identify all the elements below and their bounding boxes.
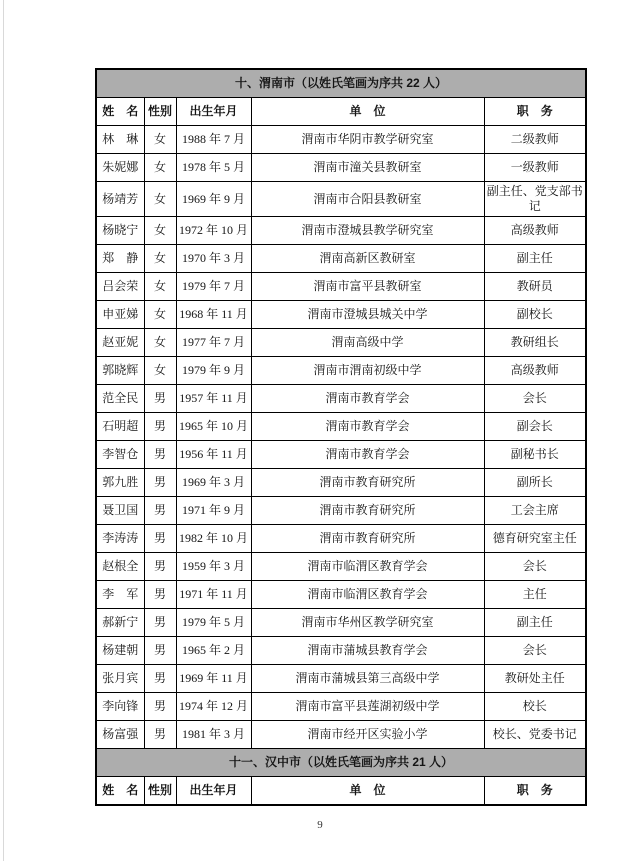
cell-gender: 男 (144, 581, 176, 609)
column-header-birth: 出生年月 (176, 98, 251, 126)
cell-unit: 渭南高新区教研室 (251, 245, 484, 273)
cell-birth: 1971 年 11 月 (176, 581, 251, 609)
table-row: 赵亚妮女1977 年 7 月渭南高级中学教研组长 (96, 329, 586, 357)
cell-duty: 会长 (484, 553, 586, 581)
cell-duty: 教研员 (484, 273, 586, 301)
cell-gender: 女 (144, 245, 176, 273)
cell-duty: 主任 (484, 581, 586, 609)
cell-birth: 1979 年 7 月 (176, 273, 251, 301)
cell-birth: 1977 年 7 月 (176, 329, 251, 357)
document-page: 十、渭南市（以姓氏笔画为序共 22 人）姓 名性别出生年月单 位职 务林 琳女1… (0, 0, 618, 861)
cell-gender: 男 (144, 693, 176, 721)
table-row: 郝新宁男1979 年 5 月渭南市华州区教学研究室副主任 (96, 609, 586, 637)
table-row: 杨晓宁女1972 年 10 月渭南市澄城县教学研究室高级教师 (96, 217, 586, 245)
cell-name: 申亚娣 (96, 301, 144, 329)
cell-gender: 女 (144, 182, 176, 217)
table-row: 申亚娣女1968 年 11 月渭南市澄城县城关中学副校长 (96, 301, 586, 329)
column-header-unit: 单 位 (251, 98, 484, 126)
table-row: 赵根全男1959 年 3 月渭南市临渭区教育学会会长 (96, 553, 586, 581)
cell-gender: 男 (144, 385, 176, 413)
cell-birth: 1959 年 3 月 (176, 553, 251, 581)
cell-gender: 女 (144, 329, 176, 357)
table-row: 杨靖芳女1969 年 9 月渭南市合阳县教研室副主任、党支部书记 (96, 182, 586, 217)
cell-duty: 高级教师 (484, 217, 586, 245)
cell-name: 郭九胜 (96, 469, 144, 497)
cell-gender: 男 (144, 441, 176, 469)
cell-gender: 男 (144, 497, 176, 525)
cell-birth: 1965 年 2 月 (176, 637, 251, 665)
cell-gender: 女 (144, 357, 176, 385)
cell-unit: 渭南市澄城县教学研究室 (251, 217, 484, 245)
column-header-name: 姓 名 (96, 777, 144, 806)
cell-unit: 渭南市临渭区教育学会 (251, 553, 484, 581)
table-row: 郭九胜男1969 年 3 月渭南市教育研究所副所长 (96, 469, 586, 497)
cell-birth: 1971 年 9 月 (176, 497, 251, 525)
cell-birth: 1972 年 10 月 (176, 217, 251, 245)
cell-name: 朱妮娜 (96, 154, 144, 182)
column-header-name: 姓 名 (96, 98, 144, 126)
cell-duty: 校长 (484, 693, 586, 721)
cell-duty: 副主任、党支部书记 (484, 182, 586, 217)
cell-duty: 副秘书长 (484, 441, 586, 469)
cell-gender: 男 (144, 553, 176, 581)
roster-table: 十、渭南市（以姓氏笔画为序共 22 人）姓 名性别出生年月单 位职 务林 琳女1… (95, 68, 587, 806)
page-number: 9 (0, 819, 618, 831)
cell-name: 郝新宁 (96, 609, 144, 637)
cell-duty: 副会长 (484, 413, 586, 441)
cell-unit: 渭南市教育研究所 (251, 469, 484, 497)
cell-birth: 1988 年 7 月 (176, 126, 251, 154)
cell-duty: 校长、党委书记 (484, 721, 586, 749)
cell-unit: 渭南市教育学会 (251, 385, 484, 413)
cell-unit: 渭南市蒲城县第三高级中学 (251, 665, 484, 693)
cell-birth: 1974 年 12 月 (176, 693, 251, 721)
cell-duty: 副主任 (484, 609, 586, 637)
table-row: 郭晓辉女1979 年 9 月渭南市渭南初级中学高级教师 (96, 357, 586, 385)
cell-unit: 渭南市合阳县教研室 (251, 182, 484, 217)
cell-gender: 女 (144, 126, 176, 154)
cell-duty: 教研处主任 (484, 665, 586, 693)
cell-gender: 男 (144, 469, 176, 497)
cell-duty: 一级教师 (484, 154, 586, 182)
cell-unit: 渭南市富平县莲湖初级中学 (251, 693, 484, 721)
table-row: 吕会荣女1979 年 7 月渭南市富平县教研室教研员 (96, 273, 586, 301)
cell-gender: 男 (144, 609, 176, 637)
cell-name: 郑 静 (96, 245, 144, 273)
cell-duty: 副校长 (484, 301, 586, 329)
cell-unit: 渭南市蒲城县教育学会 (251, 637, 484, 665)
cell-name: 林 琳 (96, 126, 144, 154)
table-row: 林 琳女1988 年 7 月渭南市华阴市教学研究室二级教师 (96, 126, 586, 154)
cell-duty: 工会主席 (484, 497, 586, 525)
cell-name: 赵根全 (96, 553, 144, 581)
cell-duty: 副所长 (484, 469, 586, 497)
cell-gender: 女 (144, 273, 176, 301)
section-row: 十、渭南市（以姓氏笔画为序共 22 人） (96, 69, 586, 98)
cell-unit: 渭南市富平县教研室 (251, 273, 484, 301)
table-row: 李向锋男1974 年 12 月渭南市富平县莲湖初级中学校长 (96, 693, 586, 721)
cell-name: 范全民 (96, 385, 144, 413)
page-edge-line (3, 0, 4, 861)
cell-name: 郭晓辉 (96, 357, 144, 385)
table-row: 石明超男1965 年 10 月渭南市教育学会副会长 (96, 413, 586, 441)
cell-gender: 男 (144, 665, 176, 693)
cell-birth: 1978 年 5 月 (176, 154, 251, 182)
cell-name: 吕会荣 (96, 273, 144, 301)
cell-unit: 渭南市教育学会 (251, 413, 484, 441)
cell-gender: 男 (144, 721, 176, 749)
section-title: 十、渭南市（以姓氏笔画为序共 22 人） (96, 69, 586, 98)
table-row: 杨建朝男1965 年 2 月渭南市蒲城县教育学会会长 (96, 637, 586, 665)
cell-name: 聂卫国 (96, 497, 144, 525)
cell-birth: 1970 年 3 月 (176, 245, 251, 273)
cell-duty: 二级教师 (484, 126, 586, 154)
section-row: 十一、汉中市（以姓氏笔画为序共 21 人） (96, 749, 586, 777)
cell-name: 李向锋 (96, 693, 144, 721)
cell-birth: 1957 年 11 月 (176, 385, 251, 413)
cell-name: 张月宾 (96, 665, 144, 693)
cell-duty: 会长 (484, 385, 586, 413)
cell-birth: 1979 年 9 月 (176, 357, 251, 385)
cell-gender: 男 (144, 637, 176, 665)
cell-name: 石明超 (96, 413, 144, 441)
cell-name: 李智仓 (96, 441, 144, 469)
cell-unit: 渭南市华州区教学研究室 (251, 609, 484, 637)
cell-name: 李涛涛 (96, 525, 144, 553)
cell-duty: 德育研究室主任 (484, 525, 586, 553)
column-header-row: 姓 名性别出生年月单 位职 务 (96, 777, 586, 806)
table-row: 范全民男1957 年 11 月渭南市教育学会会长 (96, 385, 586, 413)
section-title: 十一、汉中市（以姓氏笔画为序共 21 人） (96, 749, 586, 777)
table-row: 聂卫国男1971 年 9 月渭南市教育研究所工会主席 (96, 497, 586, 525)
column-header-duty: 职 务 (484, 777, 586, 806)
table-row: 杨富强男1981 年 3 月渭南市经开区实验小学校长、党委书记 (96, 721, 586, 749)
cell-unit: 渭南市教育学会 (251, 441, 484, 469)
cell-unit: 渭南市渭南初级中学 (251, 357, 484, 385)
column-header-gender: 性别 (144, 777, 176, 806)
cell-name: 杨晓宁 (96, 217, 144, 245)
column-header-unit: 单 位 (251, 777, 484, 806)
cell-unit: 渭南市华阴市教学研究室 (251, 126, 484, 154)
cell-birth: 1956 年 11 月 (176, 441, 251, 469)
roster-table-body: 十、渭南市（以姓氏笔画为序共 22 人）姓 名性别出生年月单 位职 务林 琳女1… (96, 69, 586, 805)
cell-gender: 男 (144, 525, 176, 553)
table-row: 李涛涛男1982 年 10 月渭南市教育研究所德育研究室主任 (96, 525, 586, 553)
table-row: 李智仓男1956 年 11 月渭南市教育学会副秘书长 (96, 441, 586, 469)
table-row: 张月宾男1969 年 11 月渭南市蒲城县第三高级中学教研处主任 (96, 665, 586, 693)
cell-birth: 1981 年 3 月 (176, 721, 251, 749)
cell-unit: 渭南市潼关县教研室 (251, 154, 484, 182)
cell-name: 杨富强 (96, 721, 144, 749)
cell-birth: 1969 年 3 月 (176, 469, 251, 497)
cell-unit: 渭南市教育研究所 (251, 497, 484, 525)
cell-unit: 渭南高级中学 (251, 329, 484, 357)
cell-unit: 渭南市教育研究所 (251, 525, 484, 553)
cell-unit: 渭南市经开区实验小学 (251, 721, 484, 749)
cell-duty: 高级教师 (484, 357, 586, 385)
column-header-gender: 性别 (144, 98, 176, 126)
cell-birth: 1969 年 11 月 (176, 665, 251, 693)
table-row: 郑 静女1970 年 3 月渭南高新区教研室副主任 (96, 245, 586, 273)
cell-duty: 副主任 (484, 245, 586, 273)
cell-gender: 男 (144, 413, 176, 441)
table-row: 朱妮娜女1978 年 5 月渭南市潼关县教研室一级教师 (96, 154, 586, 182)
cell-name: 杨建朝 (96, 637, 144, 665)
cell-birth: 1979 年 5 月 (176, 609, 251, 637)
cell-birth: 1982 年 10 月 (176, 525, 251, 553)
cell-name: 赵亚妮 (96, 329, 144, 357)
cell-gender: 女 (144, 301, 176, 329)
cell-duty: 会长 (484, 637, 586, 665)
column-header-birth: 出生年月 (176, 777, 251, 806)
cell-unit: 渭南市临渭区教育学会 (251, 581, 484, 609)
column-header-row: 姓 名性别出生年月单 位职 务 (96, 98, 586, 126)
cell-birth: 1969 年 9 月 (176, 182, 251, 217)
column-header-duty: 职 务 (484, 98, 586, 126)
table-row: 李 军男1971 年 11 月渭南市临渭区教育学会主任 (96, 581, 586, 609)
cell-unit: 渭南市澄城县城关中学 (251, 301, 484, 329)
cell-birth: 1968 年 11 月 (176, 301, 251, 329)
cell-name: 李 军 (96, 581, 144, 609)
cell-gender: 女 (144, 217, 176, 245)
cell-birth: 1965 年 10 月 (176, 413, 251, 441)
cell-name: 杨靖芳 (96, 182, 144, 217)
cell-duty: 教研组长 (484, 329, 586, 357)
cell-gender: 女 (144, 154, 176, 182)
